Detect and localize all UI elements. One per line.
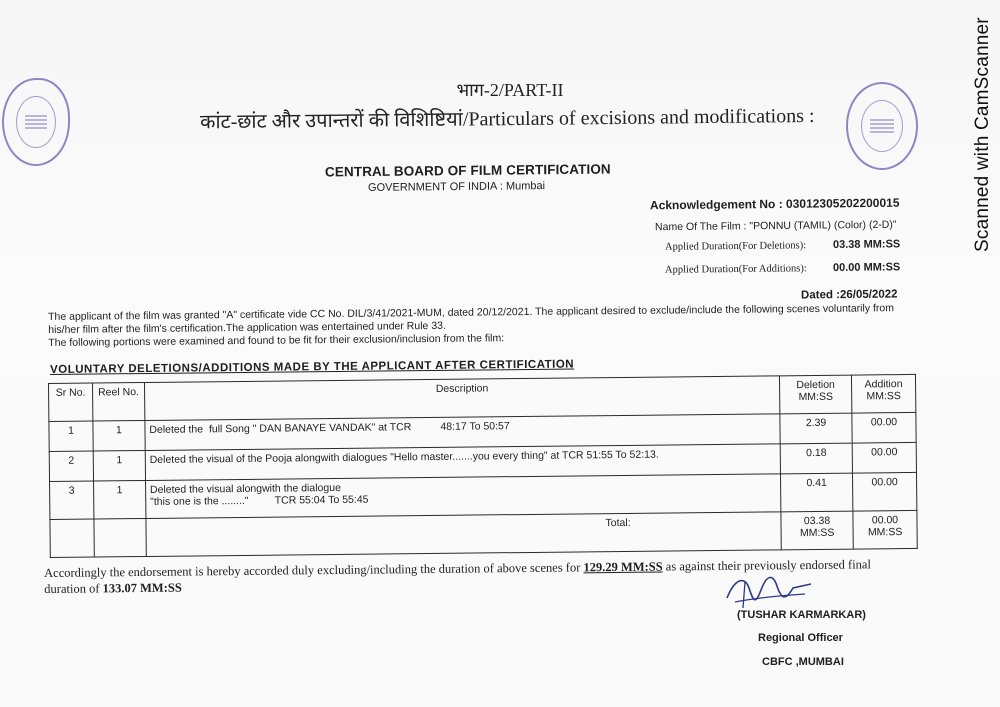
additions-value: 00.00 MM:SS <box>833 261 900 274</box>
cell-sr-no: 3 <box>50 481 94 519</box>
cell-deletion: 0.41 <box>781 473 853 512</box>
signatory-name: (TUSHAR KARMARKAR) <box>737 609 866 621</box>
header-deletion: Deletion MM:SS <box>780 375 852 414</box>
cell-reel-no: 1 <box>93 420 145 451</box>
header-description: Description <box>144 376 780 421</box>
intro-paragraph: The applicant of the film was granted "A… <box>48 302 918 350</box>
new-final-duration: 129.29 MM:SS <box>583 560 662 575</box>
cell-empty <box>50 519 94 557</box>
issuer-name: CENTRAL BOARD OF FILM CERTIFICATION <box>325 162 611 180</box>
issuer-subtitle: GOVERNMENT OF INDIA : Mumbai <box>368 180 545 194</box>
camscanner-watermark: Scanned with CamScanner <box>972 4 998 254</box>
header-reel-no: Reel No. <box>92 382 144 421</box>
cell-addition: 00.00 <box>852 442 916 473</box>
previous-final-duration: 133.07 MM:SS <box>103 581 182 596</box>
cell-sr-no: 1 <box>49 421 93 451</box>
part-label: भाग-2/PART-II <box>0 78 1000 102</box>
acknowledgement-number: Acknowledgement No : 03012305202200015 <box>650 196 900 213</box>
cell-empty <box>94 518 146 557</box>
description-text: Deleted the visual of the Pooja alongwit… <box>150 449 659 466</box>
section-heading: VOLUNTARY DELETIONS/ADDITIONS MADE BY TH… <box>50 359 574 376</box>
header-addition: Addition MM:SS <box>851 374 915 413</box>
endorsement-text-pre: Accordingly the endorsement is hereby ac… <box>44 560 584 580</box>
document-date: Dated :26/05/2022 <box>801 288 898 301</box>
deletions-label: Applied Duration(For Deletions): <box>665 240 806 252</box>
signatory-office: CBFC ,MUMBAI <box>762 656 844 668</box>
cell-addition: 00.00 <box>852 412 916 443</box>
signatory-title: Regional Officer <box>758 632 843 644</box>
cell-reel-no: 1 <box>93 480 145 519</box>
cell-addition: 00.00 <box>853 472 917 511</box>
description-text: Deleted the full Song " DAN BANAYE VANDA… <box>149 420 509 436</box>
table-total-row: Total: 03.38 MM:SS 00.00 MM:SS <box>50 510 917 557</box>
deletions-value: 03.38 MM:SS <box>833 238 900 251</box>
signature-icon <box>715 568 825 612</box>
additions-label: Applied Duration(For Additions): <box>665 263 807 275</box>
cell-deletion: 2.39 <box>780 413 852 444</box>
applied-duration-additions: Applied Duration(For Additions): 00.00 M… <box>665 263 807 275</box>
cell-deletion: 0.18 <box>780 443 852 474</box>
applied-duration-deletions: Applied Duration(For Deletions): 03.38 M… <box>665 240 806 252</box>
watermark-text: Scanned with CamScanner <box>972 17 994 252</box>
film-name: Name Of The Film : "PONNU (TAMIL) (Color… <box>655 219 897 234</box>
total-addition: 00.00 MM:SS <box>853 510 917 549</box>
document-title: कांट-छांट और उपान्तरों की विशिष्टियां/Pa… <box>200 101 840 135</box>
total-deletion: 03.38 MM:SS <box>781 511 853 550</box>
cell-description: Deleted the visual alongwith the dialogu… <box>145 474 781 519</box>
header-sr-no: Sr No. <box>49 383 93 421</box>
scanned-document-page: Scanned with CamScanner भाग-2/PART-II का… <box>0 0 1000 707</box>
cell-reel-no: 1 <box>93 450 145 481</box>
cell-sr-no: 2 <box>49 451 93 481</box>
total-label: Total: <box>146 512 782 557</box>
excisions-table: Sr No. Reel No. Description Deletion MM:… <box>48 374 918 558</box>
